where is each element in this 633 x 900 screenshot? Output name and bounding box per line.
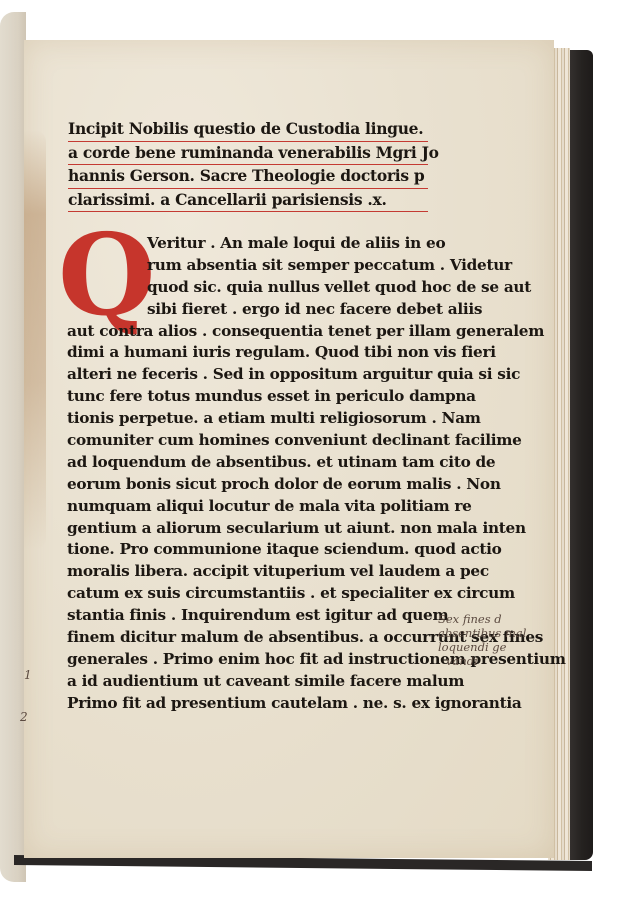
facing-page-edge	[0, 12, 26, 882]
note-line: loquendi ge	[438, 640, 568, 654]
text-line: comuniter cum homines conveniunt declina…	[67, 430, 437, 452]
text-line: stantia finis . Inquirendum est igitur a…	[67, 605, 437, 627]
text-line: catum ex suis circumstantiis . et specia…	[67, 583, 437, 605]
text-line: ad loquendum de absentibus. et utinam ta…	[67, 452, 437, 474]
text-line: quod sic. quia nullus vellet quod hoc de…	[67, 277, 437, 299]
text-line: eorum bonis sicut proch dolor de eorum m…	[67, 474, 437, 496]
text-line: numquam aliqui locutur de mala vita poli…	[67, 496, 437, 518]
text-line: Veritur . An male loqui de aliis in eo	[67, 233, 437, 255]
margin-number: 1	[24, 668, 32, 682]
text-line: Primo fit ad presentium cautelam . ne. s…	[67, 693, 437, 715]
note-line: vandi	[438, 654, 568, 668]
note-line: Sex fines d	[438, 612, 568, 626]
heading-line: hannis Gerson. Sacre Theologie doctoris …	[68, 165, 428, 189]
water-stain	[24, 130, 46, 550]
text-line: gentium a aliorum secularium ut aiunt. n…	[67, 518, 437, 540]
body-text: Veritur . An male loqui de aliis in eo r…	[67, 233, 437, 715]
text-line: a id audientium ut caveant simile facere…	[67, 671, 437, 693]
text-line: moralis libera. accipit vituperium vel l…	[67, 561, 437, 583]
incipit-heading: Incipit Nobilis questio de Custodia ling…	[68, 118, 428, 212]
heading-line: a corde bene ruminanda venerabilis Mgri …	[68, 142, 428, 166]
text-line: finem dicitur malum de absentibus. a occ…	[67, 627, 437, 649]
heading-line: Incipit Nobilis questio de Custodia ling…	[68, 118, 428, 142]
text-line: dimi a humani iuris regulam. Quod tibi n…	[67, 342, 437, 364]
heading-line: clarissimi. a Cancellarii parisiensis .x…	[68, 189, 428, 213]
text-line: rum absentia sit semper peccatum . Videt…	[67, 255, 437, 277]
text-line: tunc fere totus mundus esset in periculo…	[67, 386, 437, 408]
margin-number: 2	[20, 710, 28, 724]
handwritten-marginal-note: Sex fines d absentibus mal loquendi ge v…	[438, 612, 568, 668]
note-line: absentibus mal	[438, 626, 568, 640]
text-line: tionis perpetue. a etiam multi religioso…	[67, 408, 437, 430]
text-line: tione. Pro communione itaque sciendum. q…	[67, 539, 437, 561]
text-line: sibi fieret . ergo id nec facere debet a…	[67, 299, 437, 321]
text-line: aut contra alios . consequentia tenet pe…	[67, 321, 437, 343]
text-line: alteri ne feceris . Sed in oppositum arg…	[67, 364, 437, 386]
text-line: generales . Primo enim hoc fit ad instru…	[67, 649, 437, 671]
